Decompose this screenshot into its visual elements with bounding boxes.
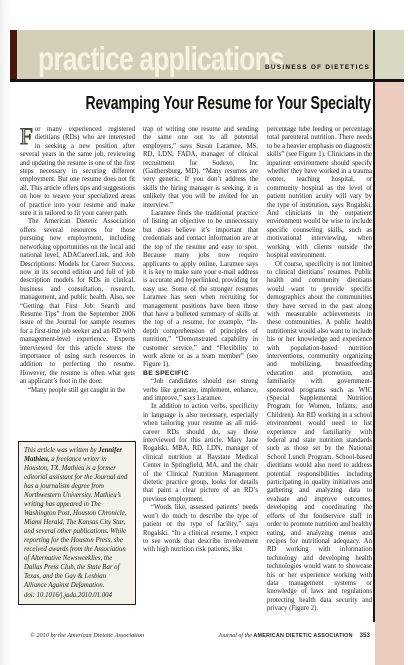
header-accent-bar [10, 30, 17, 79]
article-paragraph: trap of writing one resume and sending t… [143, 126, 258, 210]
section-label: BUSINESS OF DIETETICS [265, 64, 370, 71]
be-specific-heading: BE SPECIFIC [143, 370, 258, 378]
footer-journal-name: AMERICAN DIETETIC ASSOCIATION [253, 633, 352, 639]
body-column-1: For many experienced registered dietitia… [20, 126, 135, 440]
article-paragraph: percentage tube feeding or percentage to… [267, 126, 372, 261]
article-paragraph: “Many people still get caught in the [20, 387, 135, 395]
side-strip-pink [375, 82, 404, 665]
side-strip-top [375, 30, 404, 79]
drop-cap: F [20, 127, 33, 146]
article-paragraph: Laramee finds the traditional practice o… [143, 210, 258, 370]
article-paragraph: Of course, specificity is not limited to… [267, 261, 372, 614]
article-paragraph: The American Dietetic Association offers… [20, 218, 135, 386]
author-box: This article was written by Jennifer Mat… [18, 441, 136, 605]
footer-journal: Journal of the AMERICAN DIETETIC ASSOCIA… [218, 632, 370, 639]
footer-copyright: © 2010 by the American Dietetic Associat… [30, 632, 144, 639]
article-paragraph: In addition to action verbs, specificity… [143, 403, 258, 504]
header-horizontal-rule [10, 79, 404, 82]
article-title: Revamping Your Resume for Your Specialty [86, 93, 371, 114]
journal-section-banner: practice applications [38, 40, 284, 78]
author-box-text: This article was written by Jennifer Mat… [24, 446, 130, 590]
doi-line: doi: 10.1016/j.jada.2010.01.004 [24, 591, 130, 600]
article-paragraph: For many experienced registered dietitia… [20, 126, 135, 218]
body-column-2: trap of writing one resume and sending t… [143, 126, 258, 626]
body-column-3: percentage tube feeding or percentage to… [267, 126, 372, 624]
article-paragraph: “Job candidates should use strong verbs … [143, 378, 258, 403]
article-paragraph: “Words like, assessed patients’ needs wo… [143, 504, 258, 554]
footer-journal-prefix: Journal of the [218, 633, 253, 639]
page-number: 353 [360, 632, 370, 639]
